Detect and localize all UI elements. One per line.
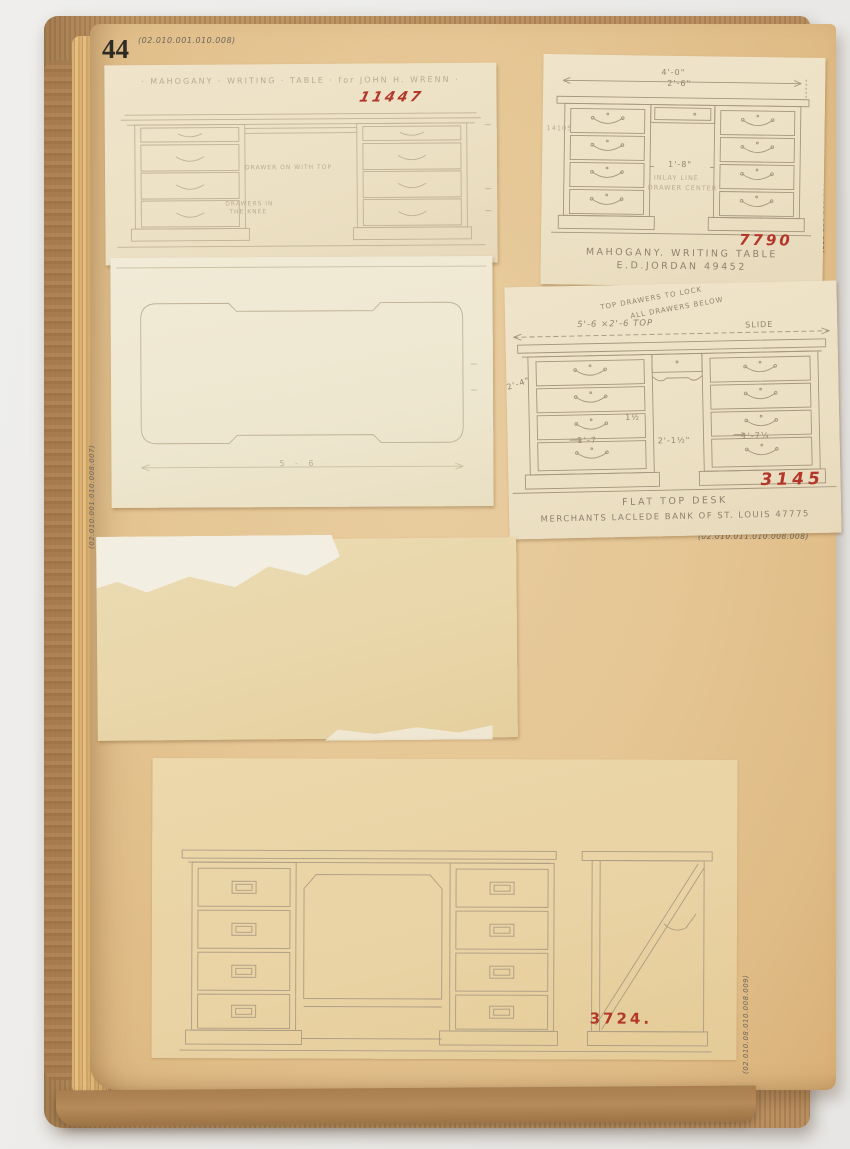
catalog-annotation-top: (02.010.001.010.008) — [138, 36, 236, 45]
album-page: 44 (02.010.001.010.008) (02.010.001.010.… — [90, 24, 836, 1090]
wrenn-plan-drawing — [110, 256, 493, 508]
jordan-note-1: INLAY LINE — [654, 174, 699, 183]
page-number: 44 — [102, 34, 129, 65]
cover-bottom-edge — [56, 1086, 756, 1127]
wrenn-plan-dimension: 5 - 6 — [279, 459, 317, 468]
wrenn-title: · MAHOGANY · WRITING · TABLE · for JOHN … — [104, 75, 496, 87]
catalog-annotation-bottom-right-margin: (02.010.08.010.008.009) — [742, 919, 750, 1074]
wrenn-elevation-sheet: · MAHOGANY · WRITING · TABLE · for JOHN … — [104, 63, 497, 266]
wrenn-plan-sheet: 5 - 6 — [110, 256, 493, 508]
jordan-note-2: DRAWER CENTER — [648, 184, 718, 193]
wrenn-elevation-drawing — [105, 99, 498, 262]
blank-torn-sheet — [96, 537, 518, 741]
jordan-sheet: 4'-0" 2'-6" 1'-8" INLAY LINE DRAWER CENT… — [540, 54, 825, 288]
wrenn-note-bottom: THE KNEE — [229, 208, 267, 215]
jordan-drawing — [541, 62, 826, 251]
jordan-pencil-number: 14105 — [547, 124, 573, 132]
bottom-desk-sheet: 3724. — [151, 758, 737, 1060]
torn-paper-residue-bottom — [325, 723, 493, 740]
jordan-dim-depth: 2'-6" — [667, 79, 691, 88]
laclede-sheet: TOP DRAWERS TO LOCK ALL DRAWERS BELOW 5'… — [504, 281, 841, 540]
laclede-caption-2: MERCHANTS LACLEDE BANK OF ST. LOUIS 4777… — [509, 509, 841, 526]
jordan-dim-knee: 1'-8" — [668, 160, 692, 169]
bottom-desk-drawing — [163, 830, 724, 1067]
laclede-red-number: 3145 — [760, 469, 824, 490]
torn-paper-residue — [96, 533, 517, 615]
wrenn-note-mid: DRAWERS IN — [225, 200, 273, 207]
jordan-caption-2: E.D.JORDAN 49452 — [541, 259, 823, 274]
jordan-red-number: 7790 — [739, 231, 793, 250]
catalog-annotation-left-margin: (02.010.001.010.008.007) — [88, 354, 96, 549]
wrenn-note-top: DRAWER ON WITH TOP — [245, 164, 332, 172]
bottom-red-number: 3724. — [590, 1010, 653, 1028]
scanned-album-page: 44 (02.010.001.010.008) (02.010.001.010.… — [0, 0, 850, 1149]
jordan-dim-width: 4'-0" — [661, 68, 685, 77]
